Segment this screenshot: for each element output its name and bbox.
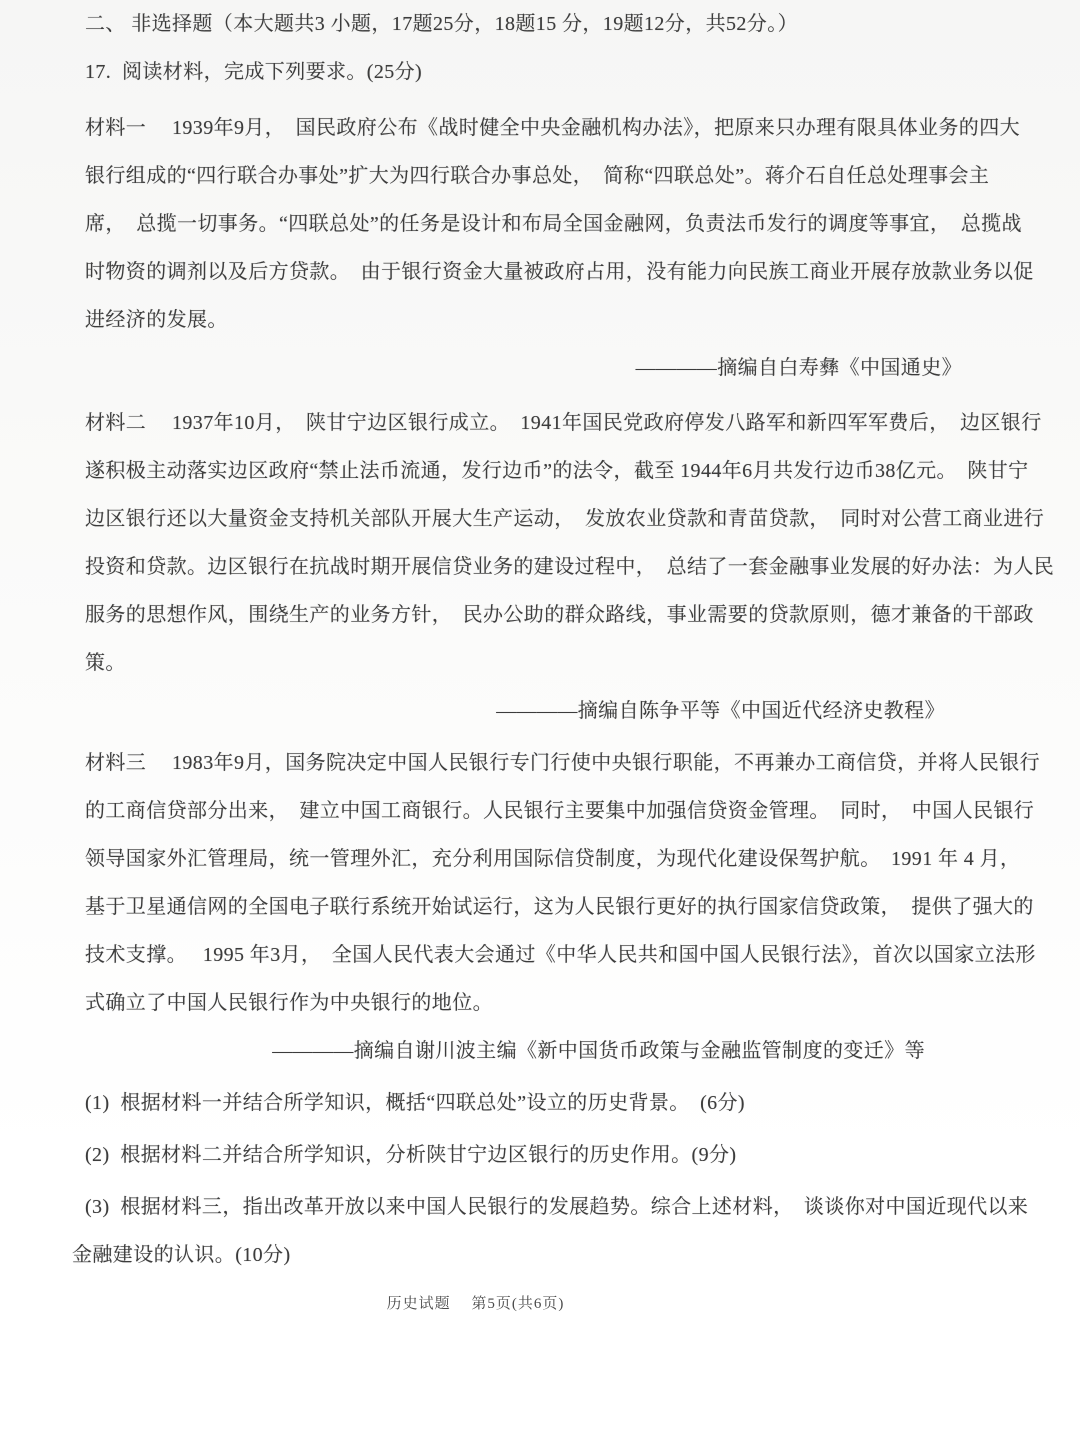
material-1-attribution: ————摘编自白寿彝《中国通史》 — [85, 344, 990, 392]
material-1-line: 银行组成的“四行联合办事处”扩大为四行联合办事总处， 简称“四联总处”。蒋介石自… — [85, 152, 990, 200]
material-2-paragraph: 材料二 1937年10月， 陕甘宁边区银行成立。 1941年国民党政府停发八路军… — [85, 399, 990, 687]
material-2-line: 服务的思想作风，围绕生产的业务方针， 民办公助的群众路线，事业需要的贷款原则，德… — [85, 591, 990, 639]
question-17-intro: 17. 阅读材料，完成下列要求。(25分) — [85, 48, 990, 96]
material-3-line: 的工商信贷部分出来， 建立中国工商银行。人民银行主要集中加强信贷资金管理。 同时… — [85, 787, 990, 835]
material-3-line: 技术支撑。 1995 年3月， 全国人民代表大会通过《中华人民共和国中国人民银行… — [85, 931, 990, 979]
material-2-line: 边区银行还以大量资金支持机关部队开展大生产运动， 发放农业贷款和青苗贷款， 同时… — [85, 495, 990, 543]
material-2-line: 遂积极主动落实边区政府“禁止法币流通，发行边币”的法令，截至 1944年6月共发… — [85, 447, 990, 495]
material-3-line: 基于卫星通信网的全国电子联行系统开始试运行，这为人民银行更好的执行国家信贷政策，… — [85, 883, 990, 931]
material-1-paragraph: 材料一 1939年9月， 国民政府公布《战时健全中央金融机构办法》，把原来只办理… — [85, 104, 990, 344]
material-3-attribution: ————摘编自谢川波主编《新中国货币政策与金融监管制度的变迁》等 — [85, 1027, 990, 1075]
material-2-line: 策。 — [85, 639, 990, 687]
sub-question-3-line: 金融建设的认识。(10分) — [72, 1231, 990, 1279]
material-1-line: 时物资的调剂以及后方贷款。 由于银行资金大量被政府占用，没有能力向民族工商业开展… — [85, 248, 990, 296]
material-1-line: 材料一 1939年9月， 国民政府公布《战时健全中央金融机构办法》，把原来只办理… — [85, 104, 990, 152]
sub-question-2: (2) 根据材料二并结合所学知识，分析陕甘宁边区银行的历史作用。(9分) — [85, 1131, 990, 1179]
material-2-line: 投资和贷款。边区银行在抗战时期开展信贷业务的建设过程中， 总结了一套金融事业发展… — [85, 543, 990, 591]
sub-question-3-line: (3) 根据材料三，指出改革开放以来中国人民银行的发展趋势。综合上述材料， 谈谈… — [85, 1183, 990, 1231]
exam-page: 二、 非选择题（本大题共3 小题，17题25分，18题15 分，19题12分，共… — [0, 0, 1080, 1456]
section-header: 二、 非选择题（本大题共3 小题，17题25分，18题15 分，19题12分，共… — [85, 0, 990, 48]
material-1-line: 席， 总揽一切事务。“四联总处”的任务是设计和布局全国金融网，负责法币发行的调度… — [85, 200, 990, 248]
material-3-line: 领导国家外汇管理局，统一管理外汇，充分利用国际信贷制度，为现代化建设保驾护航。 … — [85, 835, 990, 883]
page-footer: 历史试题 第5页(共6页) — [23, 1293, 928, 1315]
material-3-line: 式确立了中国人民银行作为中央银行的地位。 — [85, 979, 990, 1027]
material-3-paragraph: 材料三 1983年9月，国务院决定中国人民银行专门行使中央银行职能，不再兼办工商… — [85, 739, 990, 1027]
material-2-line: 材料二 1937年10月， 陕甘宁边区银行成立。 1941年国民党政府停发八路军… — [85, 399, 990, 447]
material-2-attribution: ————摘编自陈争平等《中国近代经济史教程》 — [85, 687, 990, 735]
material-3-line: 材料三 1983年9月，国务院决定中国人民银行专门行使中央银行职能，不再兼办工商… — [85, 739, 990, 787]
sub-question-1: (1) 根据材料一并结合所学知识，概括“四联总处”设立的历史背景。 (6分) — [85, 1079, 990, 1127]
material-1-line: 进经济的发展。 — [85, 296, 990, 344]
sub-question-3: (3) 根据材料三，指出改革开放以来中国人民银行的发展趋势。综合上述材料， 谈谈… — [85, 1183, 990, 1279]
